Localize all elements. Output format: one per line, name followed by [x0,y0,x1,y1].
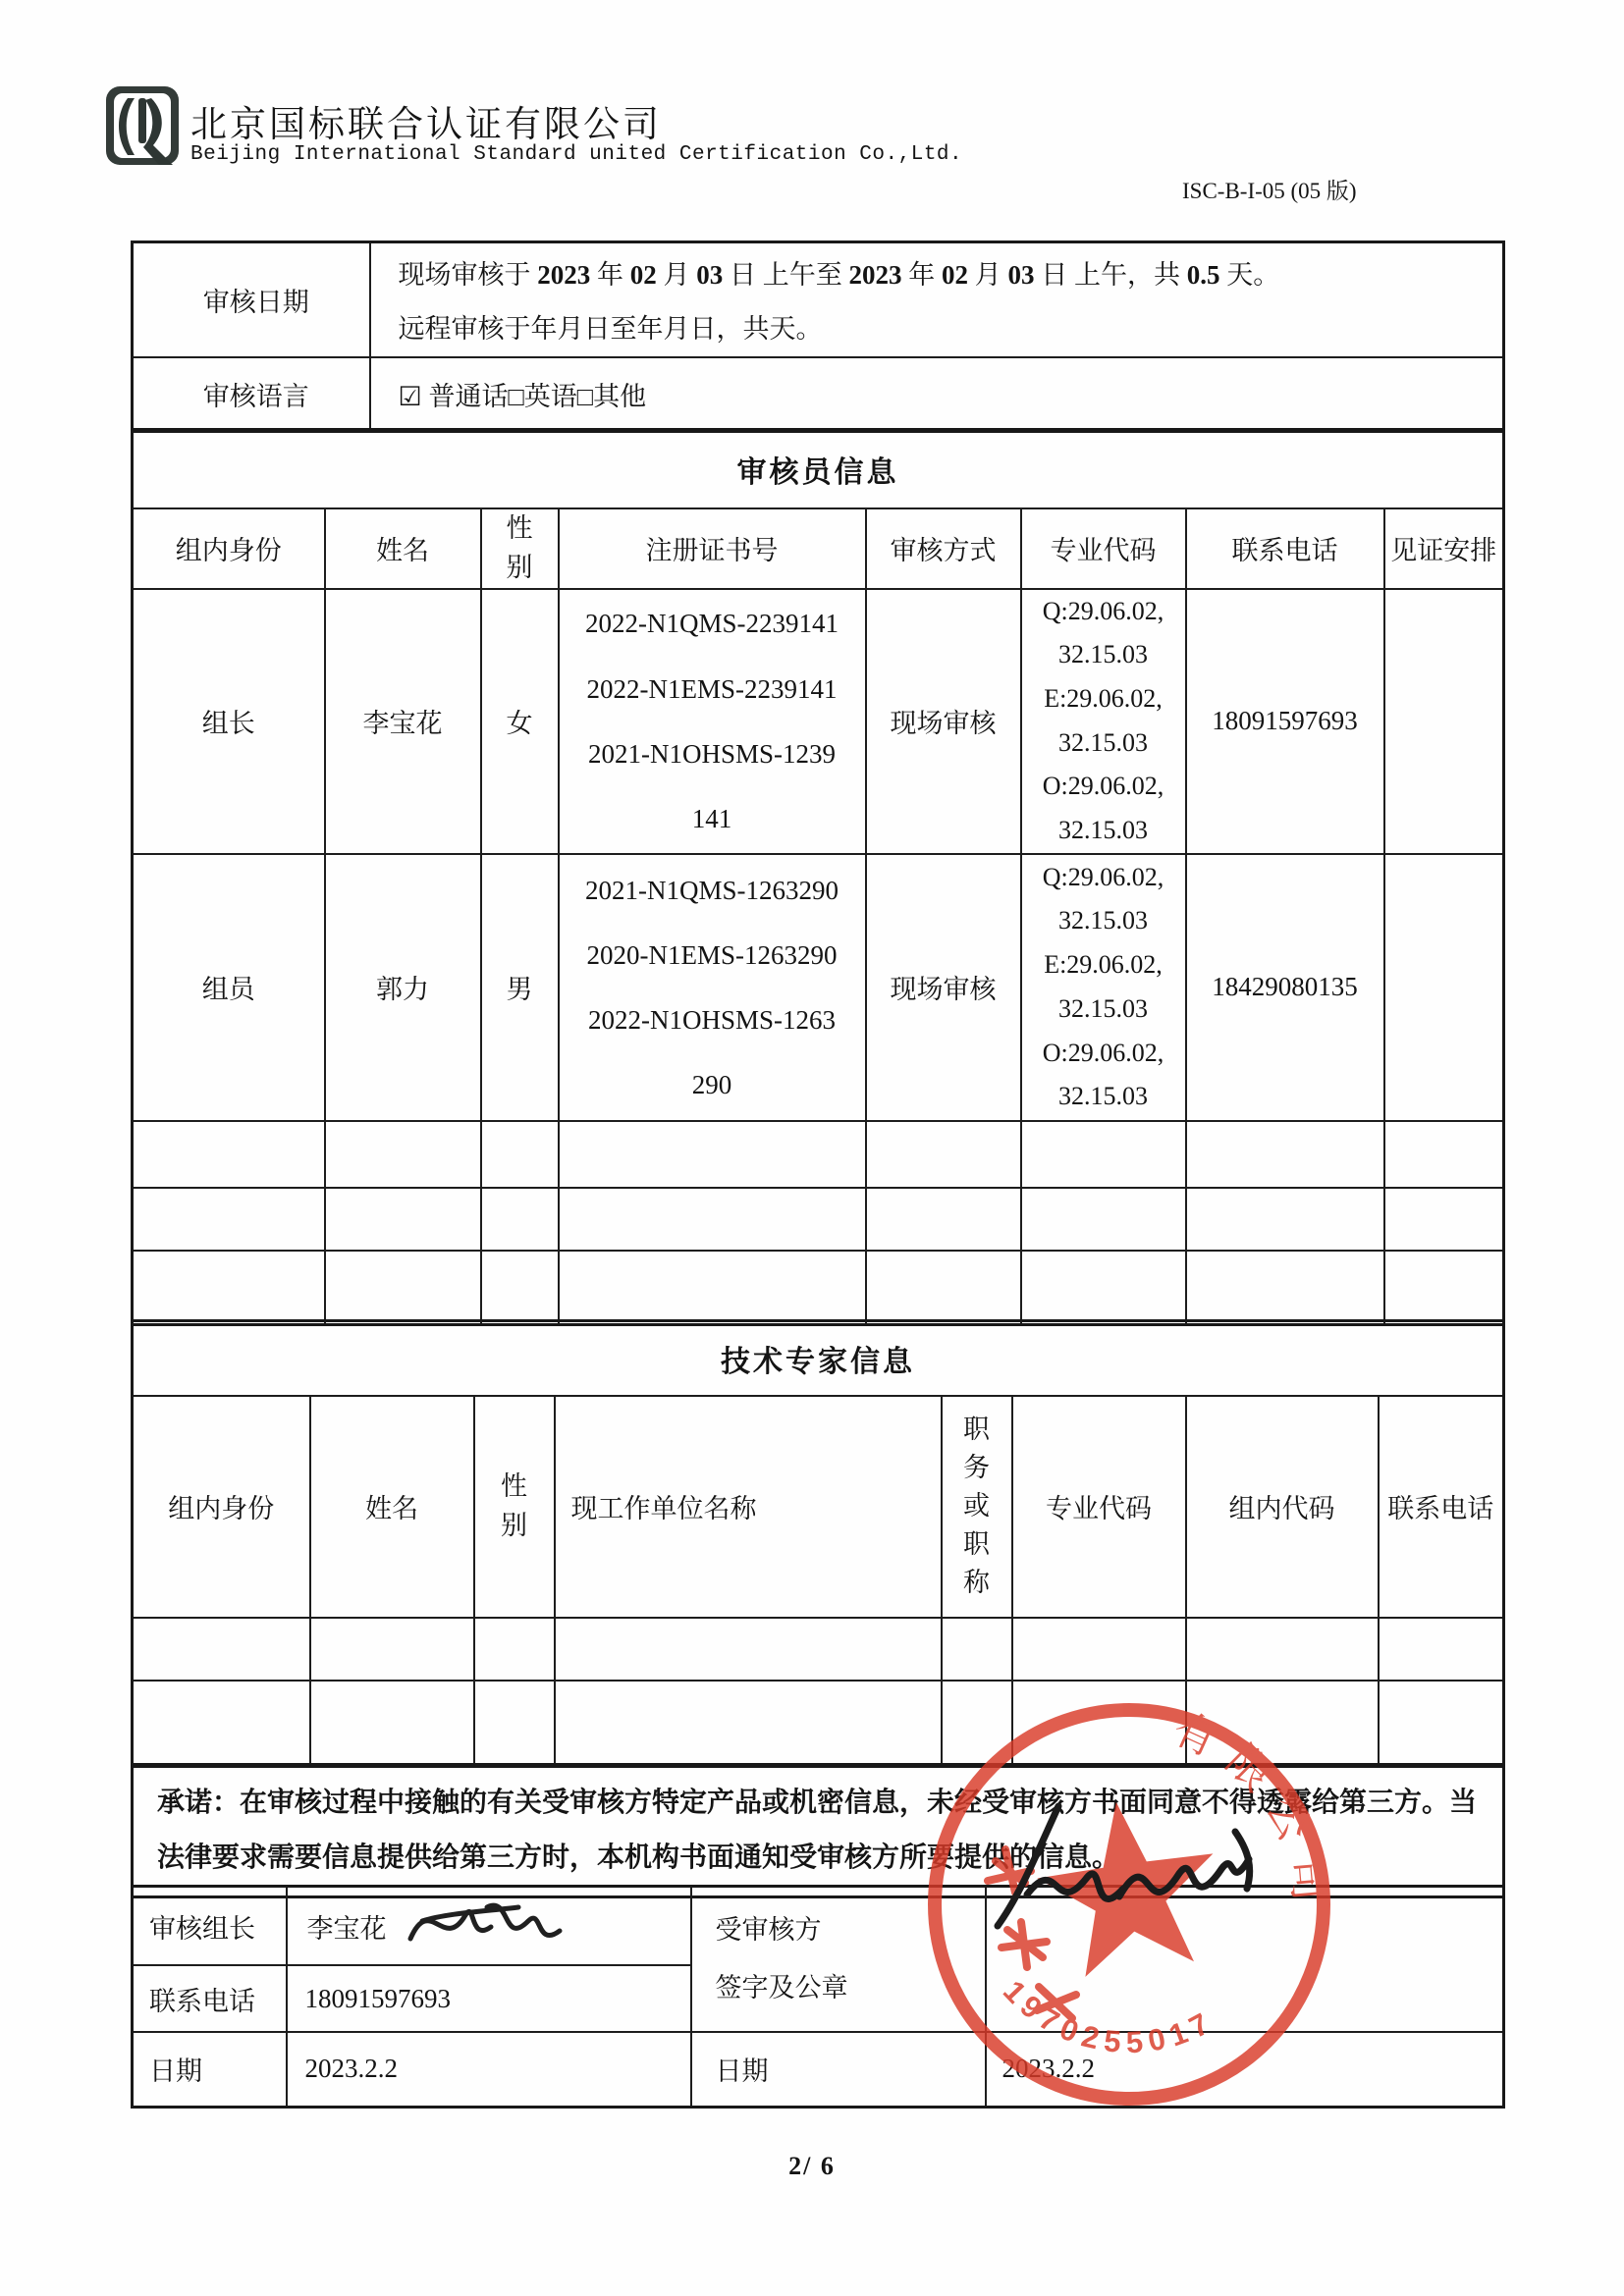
auditor-gender: 男 [481,854,559,1121]
auditor-role: 组长 [133,589,325,854]
commitment-table: 承诺：在审核过程中接触的有关受审核方特定产品或机密信息，未经受审核方书面同意不得… [131,1763,1505,1898]
auditor-name: 郭力 [325,854,481,1121]
auditor-info-table: 审核员信息 组内身份 姓名 性 别 注册证书号 审核方式 专业代码 联系电话 见… [131,428,1505,1326]
auditor-phone: 18429080135 [1186,854,1384,1121]
page-number: 2/ 6 [0,2152,1624,2181]
col-header-name: 姓名 [325,508,481,589]
leader-name-cell: 李宝花 [287,1887,691,1966]
auditor-empty-row [133,1188,1504,1251]
auditor-row-member: 组员 郭力 男 2021-N1QMS-1263290 2020-N1EMS-12… [133,854,1504,1121]
leader-phone-label: 联系电话 [133,1965,287,2032]
col-header-witness: 见证安排 [1384,508,1504,589]
leader-date-label: 日期 [133,2032,287,2107]
auditor-row-leader: 组长 李宝花 女 2022-N1QMS-2239141 2022-N1EMS-2… [133,589,1504,854]
audit-date-line1: 现场审核于 2023 年 02 月 03 日 上午至 2023 年 02 月 0… [399,253,1499,292]
scanned-audit-form-page: 北京国标联合认证有限公司 Beijing International Stand… [0,0,1624,2296]
leader-label: 审核组长 [133,1887,287,1966]
expert-empty-row [133,1681,1504,1767]
audit-date-language-table: 审核日期 现场审核于 2023 年 02 月 03 日 上午至 2023 年 0… [131,240,1505,433]
document-code: ISC-B-I-05 (05 版) [1182,173,1357,205]
auditor-gender: 女 [481,589,559,854]
signoff-table: 审核组长 李宝花 受审核方 签字及公章 联系电话 18091 [131,1885,1505,2109]
col-header-team-code: 组内代码 [1186,1396,1379,1618]
col-header-method: 审核方式 [866,508,1021,589]
auditor-empty-row [133,1251,1504,1325]
col-header-gender: 性 别 [481,508,559,589]
audit-date-label: 审核日期 [133,242,370,357]
auditor-witness [1384,589,1504,854]
audit-language-label: 审核语言 [133,357,370,432]
company-logo-icon [104,84,181,167]
col-header-employer: 现工作单位名称 [555,1396,942,1618]
auditor-section-title: 审核员信息 [133,430,1504,508]
expert-empty-row [133,1618,1504,1681]
audit-date-line2: 远程审核于年月日至年月日，共天。 [399,307,1499,346]
auditee-sign-label: 受审核方 签字及公章 [691,1887,986,2033]
expert-info-table: 技术专家信息 组内身份 姓名 性 别 现工作单位名称 职 务 或 职 称 专业代… [131,1319,1505,1768]
leader-name: 李宝花 [307,1907,387,1946]
col-header-role: 组内身份 [133,508,325,589]
auditor-empty-row [133,1121,1504,1188]
audit-language-checkboxes: ☑ 普通话□英语□其他 [370,357,1504,432]
auditor-name: 李宝花 [325,589,481,854]
auditor-role: 组员 [133,854,325,1121]
auditor-method: 现场审核 [866,854,1021,1121]
col-header-prof-code: 专业代码 [1012,1396,1186,1618]
auditor-cert-numbers: 2022-N1QMS-2239141 2022-N1EMS-2239141 20… [559,589,866,854]
col-header-gender: 性 别 [474,1396,555,1618]
auditor-cert-numbers: 2021-N1QMS-1263290 2020-N1EMS-1263290 20… [559,854,866,1121]
auditor-witness [1384,854,1504,1121]
auditor-prof-codes: Q:29.06.02, 32.15.03 E:29.06.02, 32.15.0… [1021,589,1186,854]
col-header-name: 姓名 [310,1396,474,1618]
auditor-prof-codes: Q:29.06.02, 32.15.03 E:29.06.02, 32.15.0… [1021,854,1186,1121]
col-header-prof-code: 专业代码 [1021,508,1186,589]
auditee-date-label: 日期 [691,2032,986,2107]
col-header-phone: 联系电话 [1379,1396,1504,1618]
auditee-date: 2023.2.2 [986,2032,1504,2107]
commitment-text: 承诺：在审核过程中接触的有关受审核方特定产品或机密信息，未经受审核方书面同意不得… [133,1765,1504,1897]
audit-date-value: 现场审核于 2023 年 02 月 03 日 上午至 2023 年 02 月 0… [370,242,1504,357]
col-header-phone: 联系电话 [1186,508,1384,589]
leader-date: 2023.2.2 [287,2032,691,2107]
col-header-cert-no: 注册证书号 [559,508,866,589]
auditor-method: 现场审核 [866,589,1021,854]
company-name-cn: 北京国标联合认证有限公司 [190,94,662,147]
leader-signature-scrawl [393,1888,569,1964]
auditor-phone: 18091597693 [1186,589,1384,854]
col-header-role: 组内身份 [133,1396,310,1618]
leader-phone: 18091597693 [287,1965,691,2032]
col-header-position: 职 务 或 职 称 [942,1396,1012,1618]
company-name-en: Beijing International Standard united Ce… [190,143,962,166]
expert-section-title: 技术专家信息 [133,1321,1504,1396]
auditee-stamp-cell [986,1887,1504,2033]
